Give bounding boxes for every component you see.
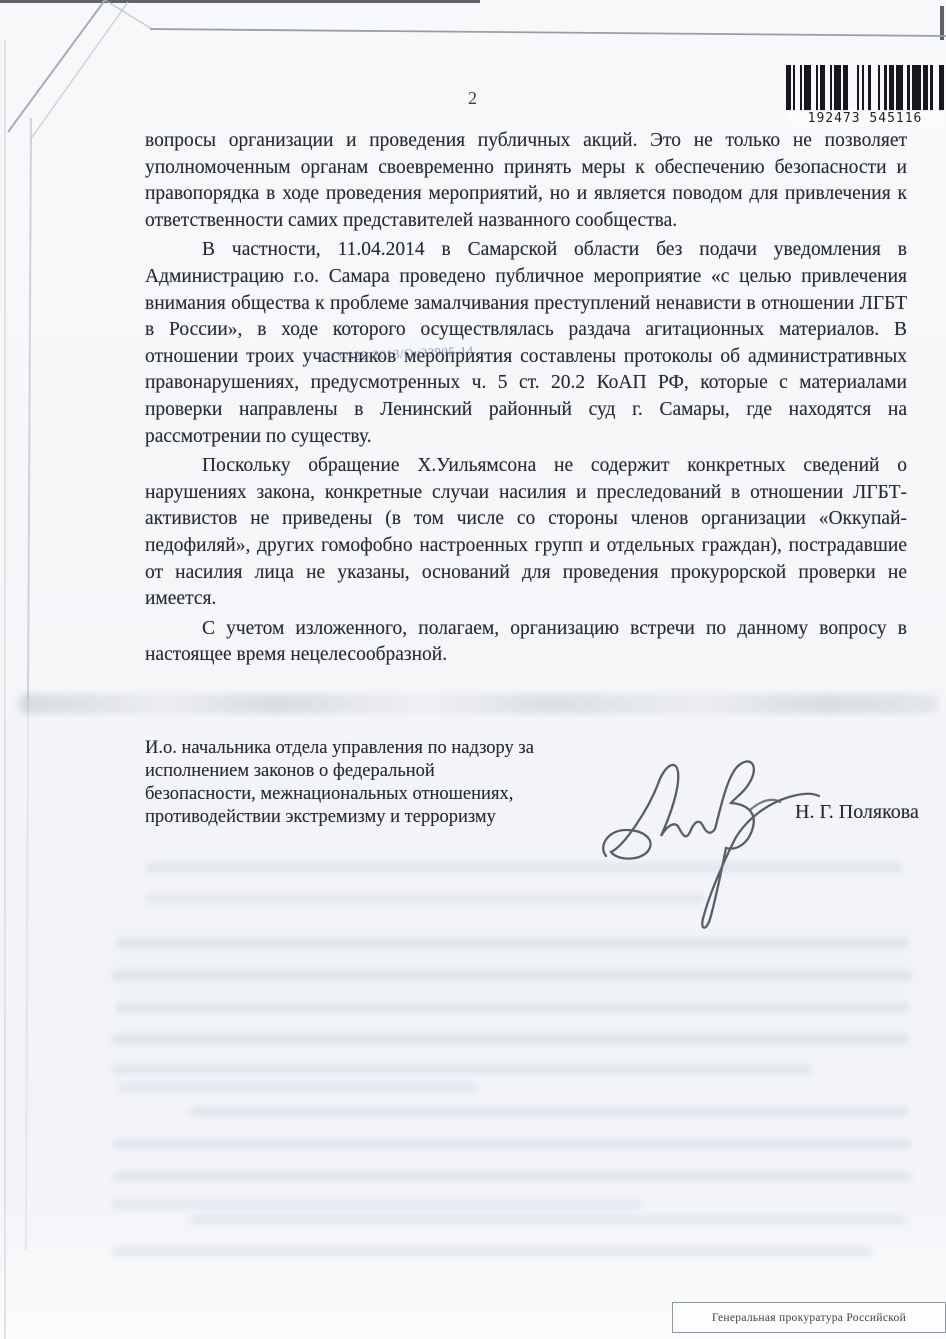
bleed-line [190,1214,906,1225]
barcode-bar [793,65,795,111]
signoff-title-line: противодействии экстремизму и терроризму [145,806,625,829]
scanned-page: 2 192473 545116 вопросы организации и пр… [0,0,946,1339]
barcode-bar [896,65,903,111]
body-paragraph: вопросы организации и проведения публичн… [145,128,907,234]
barcode-digits: 192473 545116 [786,110,944,127]
signoff-name: Н. Г. Полякова [795,801,919,824]
bleed-line [112,1246,872,1257]
barcode-bar [930,65,932,111]
signature [598,748,828,938]
footer-stamp-text: Генеральная прокуратура Российской [712,1312,906,1324]
barcode-bar [857,65,859,111]
barcode-bar [800,65,802,111]
barcode-bars [786,65,944,111]
signoff-block: И.о. начальника отдела управления по над… [145,737,625,829]
barcode-bar [878,65,880,111]
body-text: вопросы организации и проведения публичн… [145,128,907,672]
bleed-line [115,1002,910,1013]
body-paragraph: С учетом изложенного, полагаем, организа… [145,616,907,669]
bleed-line [112,1139,912,1150]
barcode-bar [884,65,886,111]
bleed-line [112,1171,912,1182]
barcode-bar [907,65,909,111]
bleed-line [112,1064,812,1075]
barcode-bar [868,65,870,111]
barcode-bar [830,65,832,111]
barcode-bar [889,65,894,111]
signoff-title-line: исполнением законов о федеральной [145,760,625,783]
barcode: 192473 545116 [786,65,944,127]
barcode-bar [923,65,928,111]
bleed-line [112,970,912,981]
barcode-bar [939,65,944,111]
barcode-bar [843,65,848,111]
bleed-line [190,1106,908,1117]
body-paragraph: Поскольку обращение Х.Уильямсона не соде… [145,453,907,613]
signoff-title-line: безопасности, межнациональных отношениях… [145,783,625,806]
barcode-bar [804,65,811,111]
bleed-line [112,1034,910,1045]
footer-stamp-box: Генеральная прокуратура Российской [672,1302,946,1333]
barcode-bar [786,65,791,111]
barcode-bar [862,65,864,111]
crease-smudge [18,694,938,714]
bleed-line [112,1199,642,1210]
barcode-bar [816,65,818,111]
signoff-title-line: И.о. начальника отдела управления по над… [145,737,625,760]
barcode-bar [820,65,825,111]
body-paragraph: В частности, 11.04.2014 в Самарской обла… [145,237,907,450]
bleed-line [115,938,910,949]
bleed-line [145,893,705,904]
barcode-bar [912,65,921,111]
barcode-bar [834,65,841,111]
bleed-line [145,862,903,873]
bleed-line [118,1082,478,1093]
